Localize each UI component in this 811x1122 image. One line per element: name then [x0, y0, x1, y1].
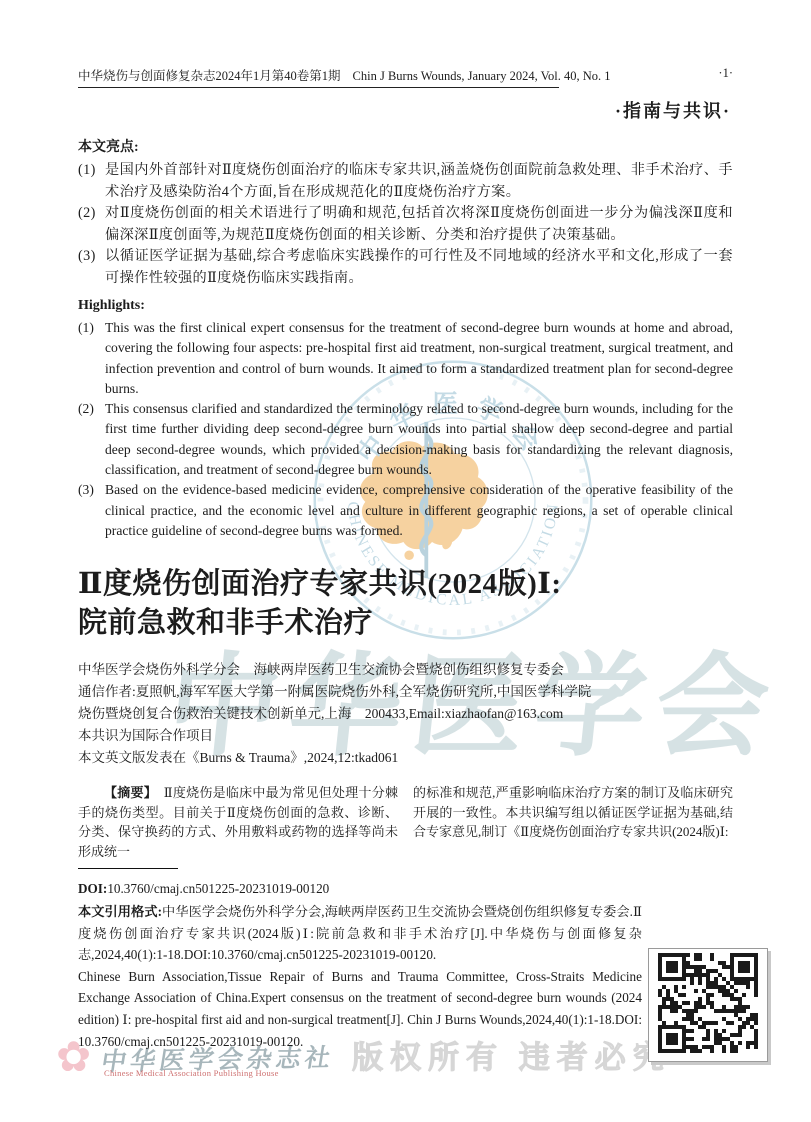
- qr-code: [658, 953, 758, 1058]
- header-rule: [78, 87, 559, 88]
- highlight-zh-item: (1) 是国内外首部针对Ⅱ度烧伤创面治疗的临床专家共识,涵盖烧伤创面院前急救处理…: [78, 160, 733, 203]
- correspondence: 通信作者:夏照帆,海军军医大学第一附属医院烧伤外科,全军烧伤研究所,中国医学科学…: [78, 681, 594, 725]
- abstract: 【摘要】 Ⅱ度烧伤是临床中最为常见但处理十分棘手的烧伤类型。目前关于Ⅱ度烧伤创面…: [78, 783, 733, 861]
- highlight-zh-item: (3) 以循证医学证据为基础,综合考虑临床实践操作的可行性及不同地域的经济水平和…: [78, 246, 733, 289]
- citation-zh: 本文引用格式:中华医学会烧伤外科学分会,海峡两岸医药卫生交流协会暨烧创伤组织修复…: [78, 901, 642, 966]
- citation-en-text: Chinese Burn Association,Tissue Repair o…: [78, 969, 642, 1049]
- item-text: 对Ⅱ度烧伤创面的相关术语进行了明确和规范,包括首次将深Ⅱ度烧伤创面进一步分为偏浅…: [105, 203, 733, 246]
- doi-line: DOI:10.3760/cmaj.cn501225-20231019-00120: [78, 879, 642, 899]
- item-number: (1): [78, 318, 105, 399]
- highlights-en: Highlights: (1) This was the first clini…: [78, 298, 733, 541]
- doi-value: 10.3760/cmaj.cn501225-20231019-00120: [107, 881, 329, 896]
- item-text: 以循证医学证据为基础,综合考虑临床实践操作的可行性及不同地域的经济水平和文化,形…: [105, 246, 733, 289]
- highlights-zh-title: 本文亮点:: [78, 136, 733, 156]
- item-text: Based on the evidence-based medicine evi…: [105, 480, 733, 541]
- footnote-block: DOI:10.3760/cmaj.cn501225-20231019-00120…: [78, 868, 642, 1052]
- item-number: (2): [78, 399, 105, 480]
- journal-page: 中华医学会 CHINESE MEDICAL ASSOCIATION 中华医学会 …: [0, 0, 811, 1122]
- citation-en: Chinese Burn Association,Tissue Repair o…: [78, 966, 642, 1052]
- section-column-label: ·指南与共识·: [615, 97, 731, 123]
- abstract-label: 【摘要】: [104, 785, 151, 800]
- highlight-en-item: (3) Based on the evidence-based medicine…: [78, 480, 733, 541]
- doi-label: DOI:: [78, 881, 107, 896]
- abstract-column-right: 的标准和规范,严重影响临床治疗方案的制订及临床研究开展的一致性。本共识编写组以循…: [413, 783, 733, 861]
- abstract-column-left: 【摘要】 Ⅱ度烧伤是临床中最为常见但处理十分棘手的烧伤类型。目前关于Ⅱ度烧伤创面…: [78, 783, 398, 861]
- item-number: (3): [78, 480, 105, 541]
- item-number: (3): [78, 246, 105, 289]
- footnote-rule: [78, 868, 178, 869]
- item-number: (1): [78, 160, 105, 203]
- citation-zh-text: 中华医学会烧伤外科学分会,海峡两岸医药卫生交流协会暨烧创伤组织修复专委会.Ⅱ度烧…: [78, 904, 642, 962]
- highlights-zh: 本文亮点: (1) 是国内外首部针对Ⅱ度烧伤创面治疗的临床专家共识,涵盖烧伤创面…: [78, 136, 733, 289]
- author-block: 中华医学会烧伤外科学分会 海峡两岸医药卫生交流协会暨烧创伤组织修复专委会 通信作…: [78, 659, 594, 769]
- qr-code-frame: [648, 948, 768, 1062]
- item-text: This consensus clarified and standardize…: [105, 399, 733, 480]
- abstract-text-right: 的标准和规范,严重影响临床治疗方案的制订及临床研究开展的一致性。本共识编写组以循…: [413, 785, 733, 839]
- article-title-line2: 院前急救和非手术治疗: [78, 604, 733, 643]
- highlight-zh-item: (2) 对Ⅱ度烧伤创面的相关术语进行了明确和规范,包括首次将深Ⅱ度烧伤创面进一步…: [78, 203, 733, 246]
- highlight-en-item: (2) This consensus clarified and standar…: [78, 399, 733, 480]
- running-head: 中华烧伤与创面修复杂志2024年1月第40卷第1期Chin J Burns Wo…: [78, 66, 733, 84]
- journal-title-en: Chin J Burns Wounds, January 2024, Vol. …: [353, 69, 611, 83]
- affiliation: 中华医学会烧伤外科学分会 海峡两岸医药卫生交流协会暨烧创伤组织修复专委会: [78, 659, 594, 681]
- note-english-version: 本文英文版发表在《Burns & Trauma》,2024,12:tkad061: [78, 747, 594, 769]
- article-title: Ⅱ度烧伤创面治疗专家共识(2024版)Ⅰ: 院前急救和非手术治疗: [78, 565, 733, 643]
- citation-label: 本文引用格式:: [78, 904, 162, 919]
- highlights-en-title: Highlights:: [78, 298, 733, 314]
- journal-title-zh: 中华烧伤与创面修复杂志2024年1月第40卷第1期: [78, 69, 341, 83]
- article-title-line1: Ⅱ度烧伤创面治疗专家共识(2024版)Ⅰ:: [78, 565, 733, 604]
- item-text: This was the first clinical expert conse…: [105, 318, 733, 399]
- highlight-en-item: (1) This was the first clinical expert c…: [78, 318, 733, 399]
- note-international-project: 本共识为国际合作项目: [78, 725, 594, 747]
- item-text: 是国内外首部针对Ⅱ度烧伤创面治疗的临床专家共识,涵盖烧伤创面院前急救处理、非手术…: [105, 160, 733, 203]
- page-number: ·1·: [718, 66, 733, 84]
- item-number: (2): [78, 203, 105, 246]
